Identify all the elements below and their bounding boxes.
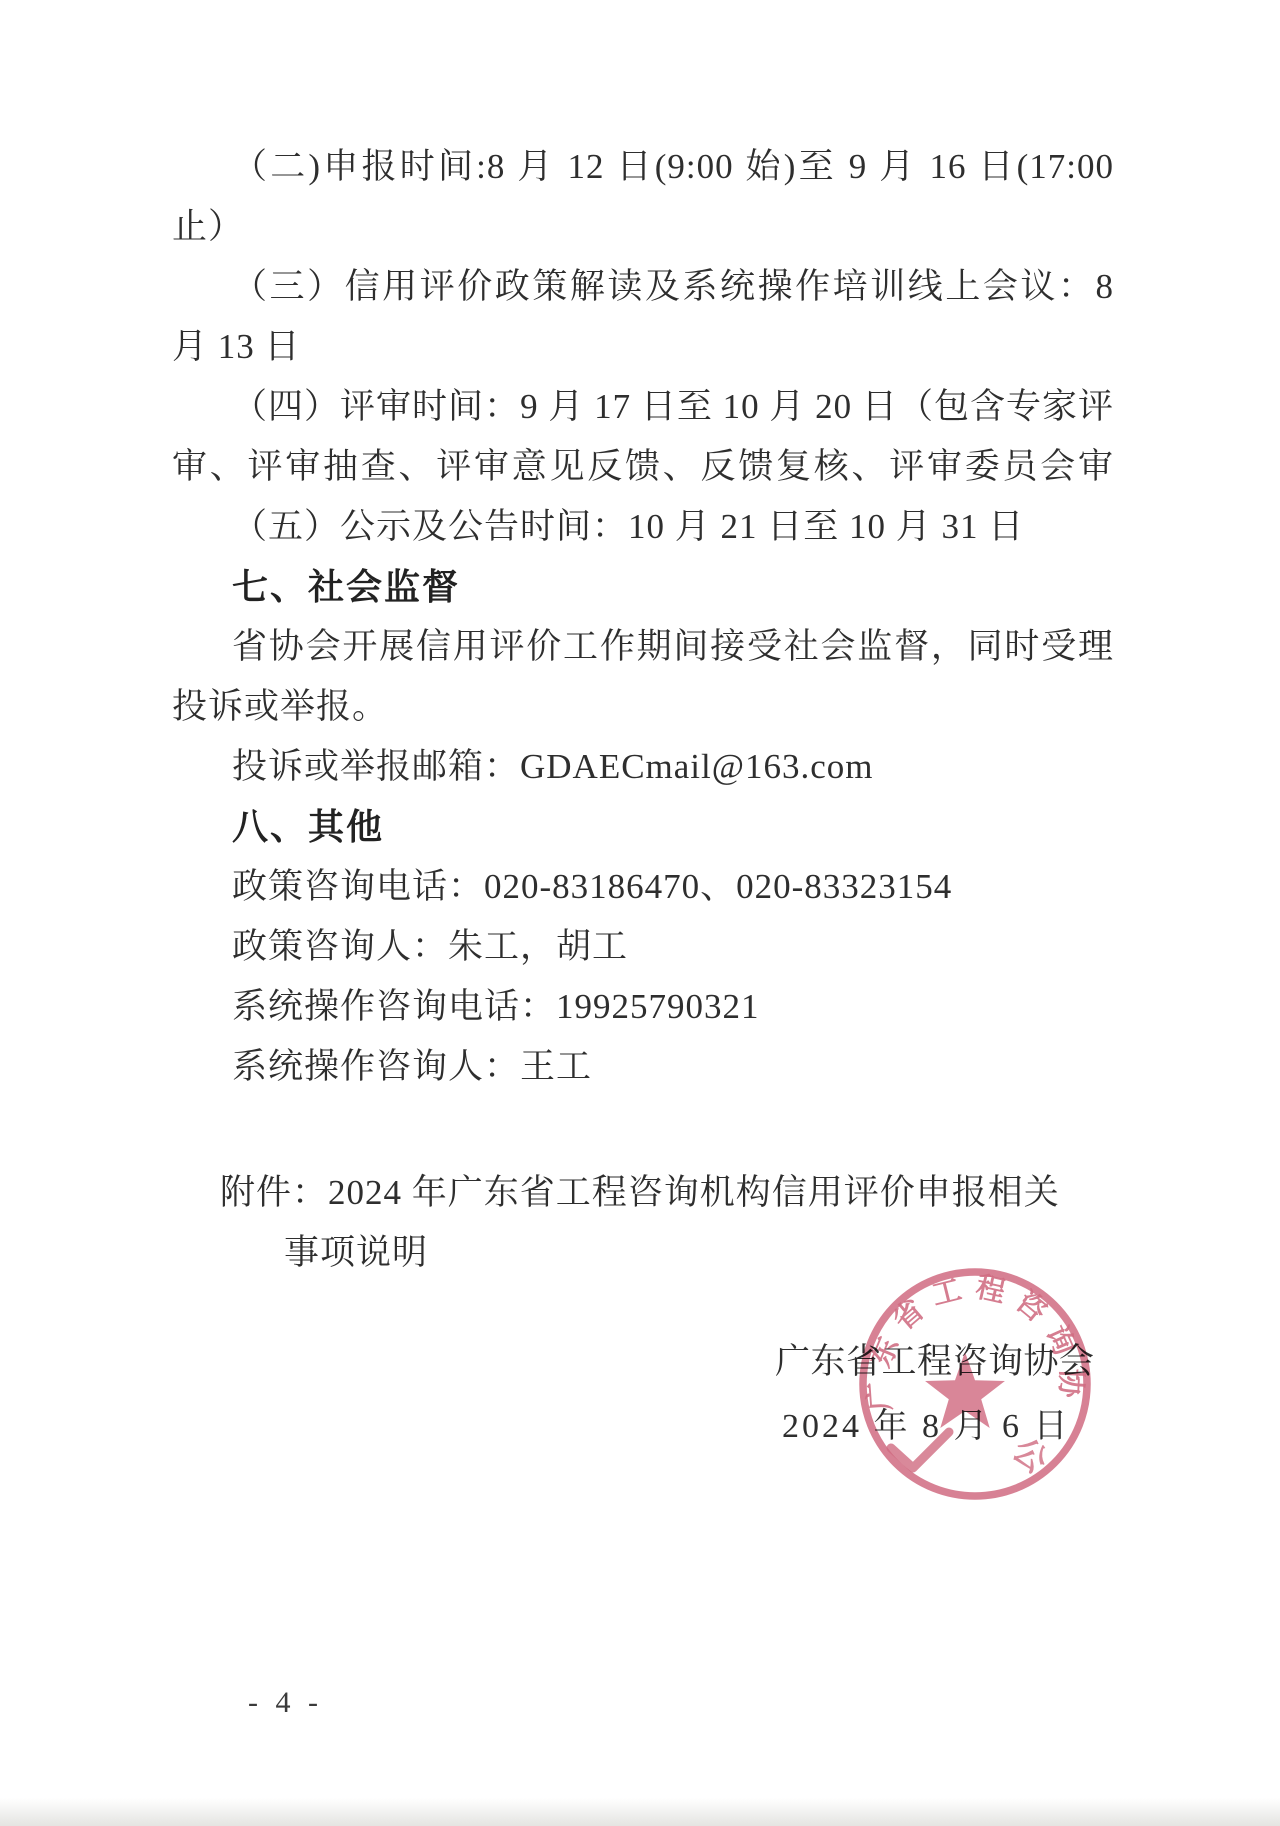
- document-line: 政策咨询电话：020-83186470、020-83323154: [172, 857, 1114, 917]
- document-line: 投诉或举报。: [172, 677, 1114, 737]
- section-heading: 七、社会监督: [172, 557, 1114, 617]
- document-line: （三）信用评价政策解读及系统操作培训线上会议：8: [172, 257, 1114, 317]
- document-line: （五）公示及公告时间：10 月 21 日至 10 月 31 日: [172, 497, 1114, 557]
- seal-graphic: 广东省工程咨询协会 公: [853, 1262, 1097, 1508]
- document-body: （二)申报时间:8 月 12 日(9:00 始)至 9 月 16 日(17:00…: [0, 0, 1280, 1283]
- document-line: 附件：2024 年广东省工程咨询机构信用评价申报相关: [172, 1163, 1114, 1223]
- blank-line: [172, 1097, 1114, 1163]
- document-line: 政策咨询人：朱工，胡工: [172, 917, 1114, 977]
- document-line: 省协会开展信用评价工作期间接受社会监督，同时受理: [172, 617, 1114, 677]
- document-lines: （二)申报时间:8 月 12 日(9:00 始)至 9 月 16 日(17:00…: [172, 137, 1114, 1283]
- document-line: 系统操作咨询电话：19925790321: [172, 977, 1114, 1037]
- signature-date: 2024 年 8 月 6 日: [782, 1408, 1071, 1446]
- document-line: 事项说明: [172, 1223, 1114, 1283]
- document-page: （二)申报时间:8 月 12 日(9:00 始)至 9 月 16 日(17:00…: [0, 0, 1280, 1826]
- page-number: - 4 -: [248, 1686, 323, 1720]
- page-edge-shadow: [0, 1798, 1280, 1826]
- document-line: 系统操作咨询人：王工: [172, 1037, 1114, 1097]
- seal-ring-text: 广东省工程咨询协会: [853, 1262, 1088, 1412]
- document-line: 月 13 日: [172, 317, 1114, 377]
- seal-ring: [863, 1272, 1087, 1496]
- document-line: 投诉或举报邮箱：GDAECmail@163.com: [172, 737, 1114, 797]
- document-line: （二)申报时间:8 月 12 日(9:00 始)至 9 月 16 日(17:00: [172, 137, 1114, 197]
- signature-organization: 广东省工程咨询协会: [775, 1342, 1095, 1382]
- document-line: 止）: [172, 197, 1114, 257]
- document-line: （四）评审时间：9 月 17 日至 10 月 20 日（包含专家评: [172, 377, 1114, 437]
- section-heading: 八、其他: [172, 797, 1114, 857]
- official-seal: 广东省工程咨询协会 公: [853, 1262, 1097, 1508]
- document-line: 审、评审抽查、评审意见反馈、反馈复核、评审委员会审查）: [172, 437, 1114, 497]
